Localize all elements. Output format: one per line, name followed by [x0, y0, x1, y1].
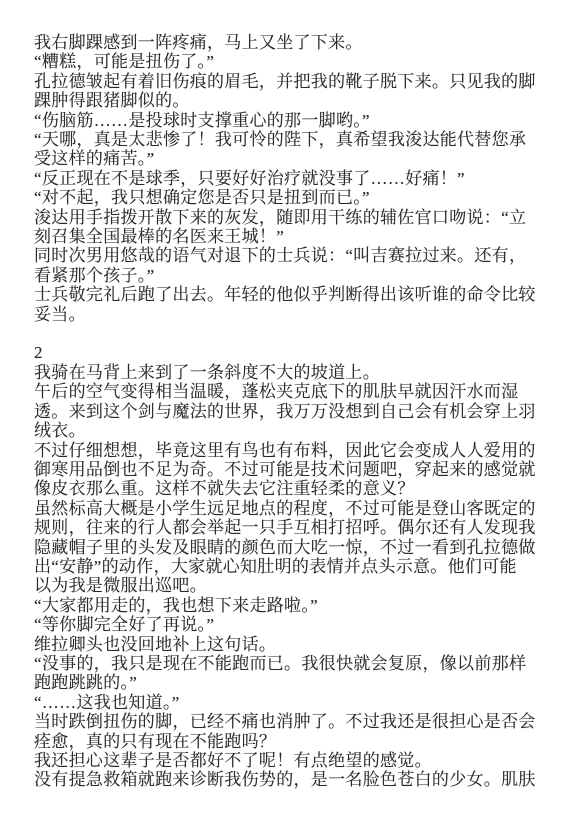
text-line: 当时跌倒扭伤的脚，已经不痛也消肿了。不过我还是很担心是否会	[34, 712, 554, 731]
text-line: 孔拉德皱起有着旧伤痕的眉毛，并把我的靴子脱下来。只见我的脚	[34, 72, 554, 91]
text-line: 不过仔细想想，毕竟这里有鸟也有布料，因此它会变成人人爱用的	[34, 441, 554, 460]
text-line: “对不起，我只想确定您是否只是扭到而已。”	[34, 188, 554, 207]
text-line: 受这样的痛苦。”	[34, 149, 554, 168]
text-line: “没事的，我只是现在不能跑而已。我很快就会复原，像以前那样	[34, 654, 554, 673]
text-line: 跑跑跳跳的。”	[34, 673, 554, 692]
text-line: 没有提急救箱就跑来诊断我伤势的，是一名脸色苍白的少女。肌肤	[34, 770, 554, 789]
text-line: 我还担心这辈子是否都好不了呢！有点绝望的感觉。	[34, 751, 554, 770]
text-block: 我右脚踝感到一阵疼痛，马上又坐了下来。“糟糕，可能是扭伤了。”孔拉德皱起有着旧伤…	[34, 33, 554, 790]
text-line: 痊愈，真的只有现在不能跑吗？	[34, 732, 554, 751]
text-line: 看紧那个孩子。”	[34, 266, 554, 285]
text-line: “反正现在不是球季，只要好好治疗就没事了……好痛！”	[34, 169, 554, 188]
text-line: 出“安静”的动作，大家就心知肚明的表情并点头示意。他们可能	[34, 557, 554, 576]
section-number: 2	[34, 343, 554, 362]
text-line: 隐藏帽子里的头发及眼睛的颜色而大吃一惊，不过一看到孔拉德做	[34, 538, 554, 557]
text-line: 我右脚踝感到一阵疼痛，马上又坐了下来。	[34, 33, 554, 52]
text-line: 虽然标高大概是小学生远足地点的程度，不过可能是登山客既定的	[34, 499, 554, 518]
text-line: 刻召集全国最棒的名医来王城！”	[34, 227, 554, 246]
text-line: 同时次男用悠哉的语气对退下的士兵说：“叫吉赛拉过来。还有，	[34, 246, 554, 265]
text-line: 绒衣。	[34, 421, 554, 440]
text-line: “大家都用走的，我也想下来走路啦。”	[34, 596, 554, 615]
text-line: 我骑在马背上来到了一条斜度不大的坡道上。	[34, 363, 554, 382]
text-line: 浚达用手指拨开散下来的灰发，随即用干练的辅佐官口吻说：“立	[34, 208, 554, 227]
text-line: 妥当。	[34, 305, 554, 324]
text-line: 像皮衣那么重。这样不就失去它注重轻柔的意义？	[34, 479, 554, 498]
text-line: 士兵敬完礼后跑了出去。年轻的他似乎判断得出该听谁的命令比较	[34, 285, 554, 304]
text-line: 维拉卿头也没回地补上这句话。	[34, 635, 554, 654]
text-line: 御寒用品倒也不足为奇。不过可能是技术问题吧，穿起来的感觉就	[34, 460, 554, 479]
text-line: 透。来到这个剑与魔法的世界，我万万没想到自己会有机会穿上羽	[34, 402, 554, 421]
text-line: 以为我是微服出巡吧。	[34, 576, 554, 595]
blank-line	[34, 324, 554, 343]
novel-page: 我右脚踝感到一阵疼痛，马上又坐了下来。“糟糕，可能是扭伤了。”孔拉德皱起有着旧伤…	[0, 0, 583, 828]
text-line: “糟糕，可能是扭伤了。”	[34, 52, 554, 71]
text-line: “等你脚完全好了再说。”	[34, 615, 554, 634]
text-line: 踝肿得跟猪脚似的。	[34, 91, 554, 110]
text-line: “……这我也知道。”	[34, 693, 554, 712]
text-line: “伤脑筋……是投球时支撑重心的那一脚哟。”	[34, 111, 554, 130]
text-line: 规则，往来的行人都会举起一只手互相打招呼。偶尔还有人发现我	[34, 518, 554, 537]
text-line: 午后的空气变得相当温暖，蓬松夹克底下的肌肤早就因汗水而湿	[34, 382, 554, 401]
text-line: “天哪，真是太悲惨了！我可怜的陛下，真希望我浚达能代替您承	[34, 130, 554, 149]
